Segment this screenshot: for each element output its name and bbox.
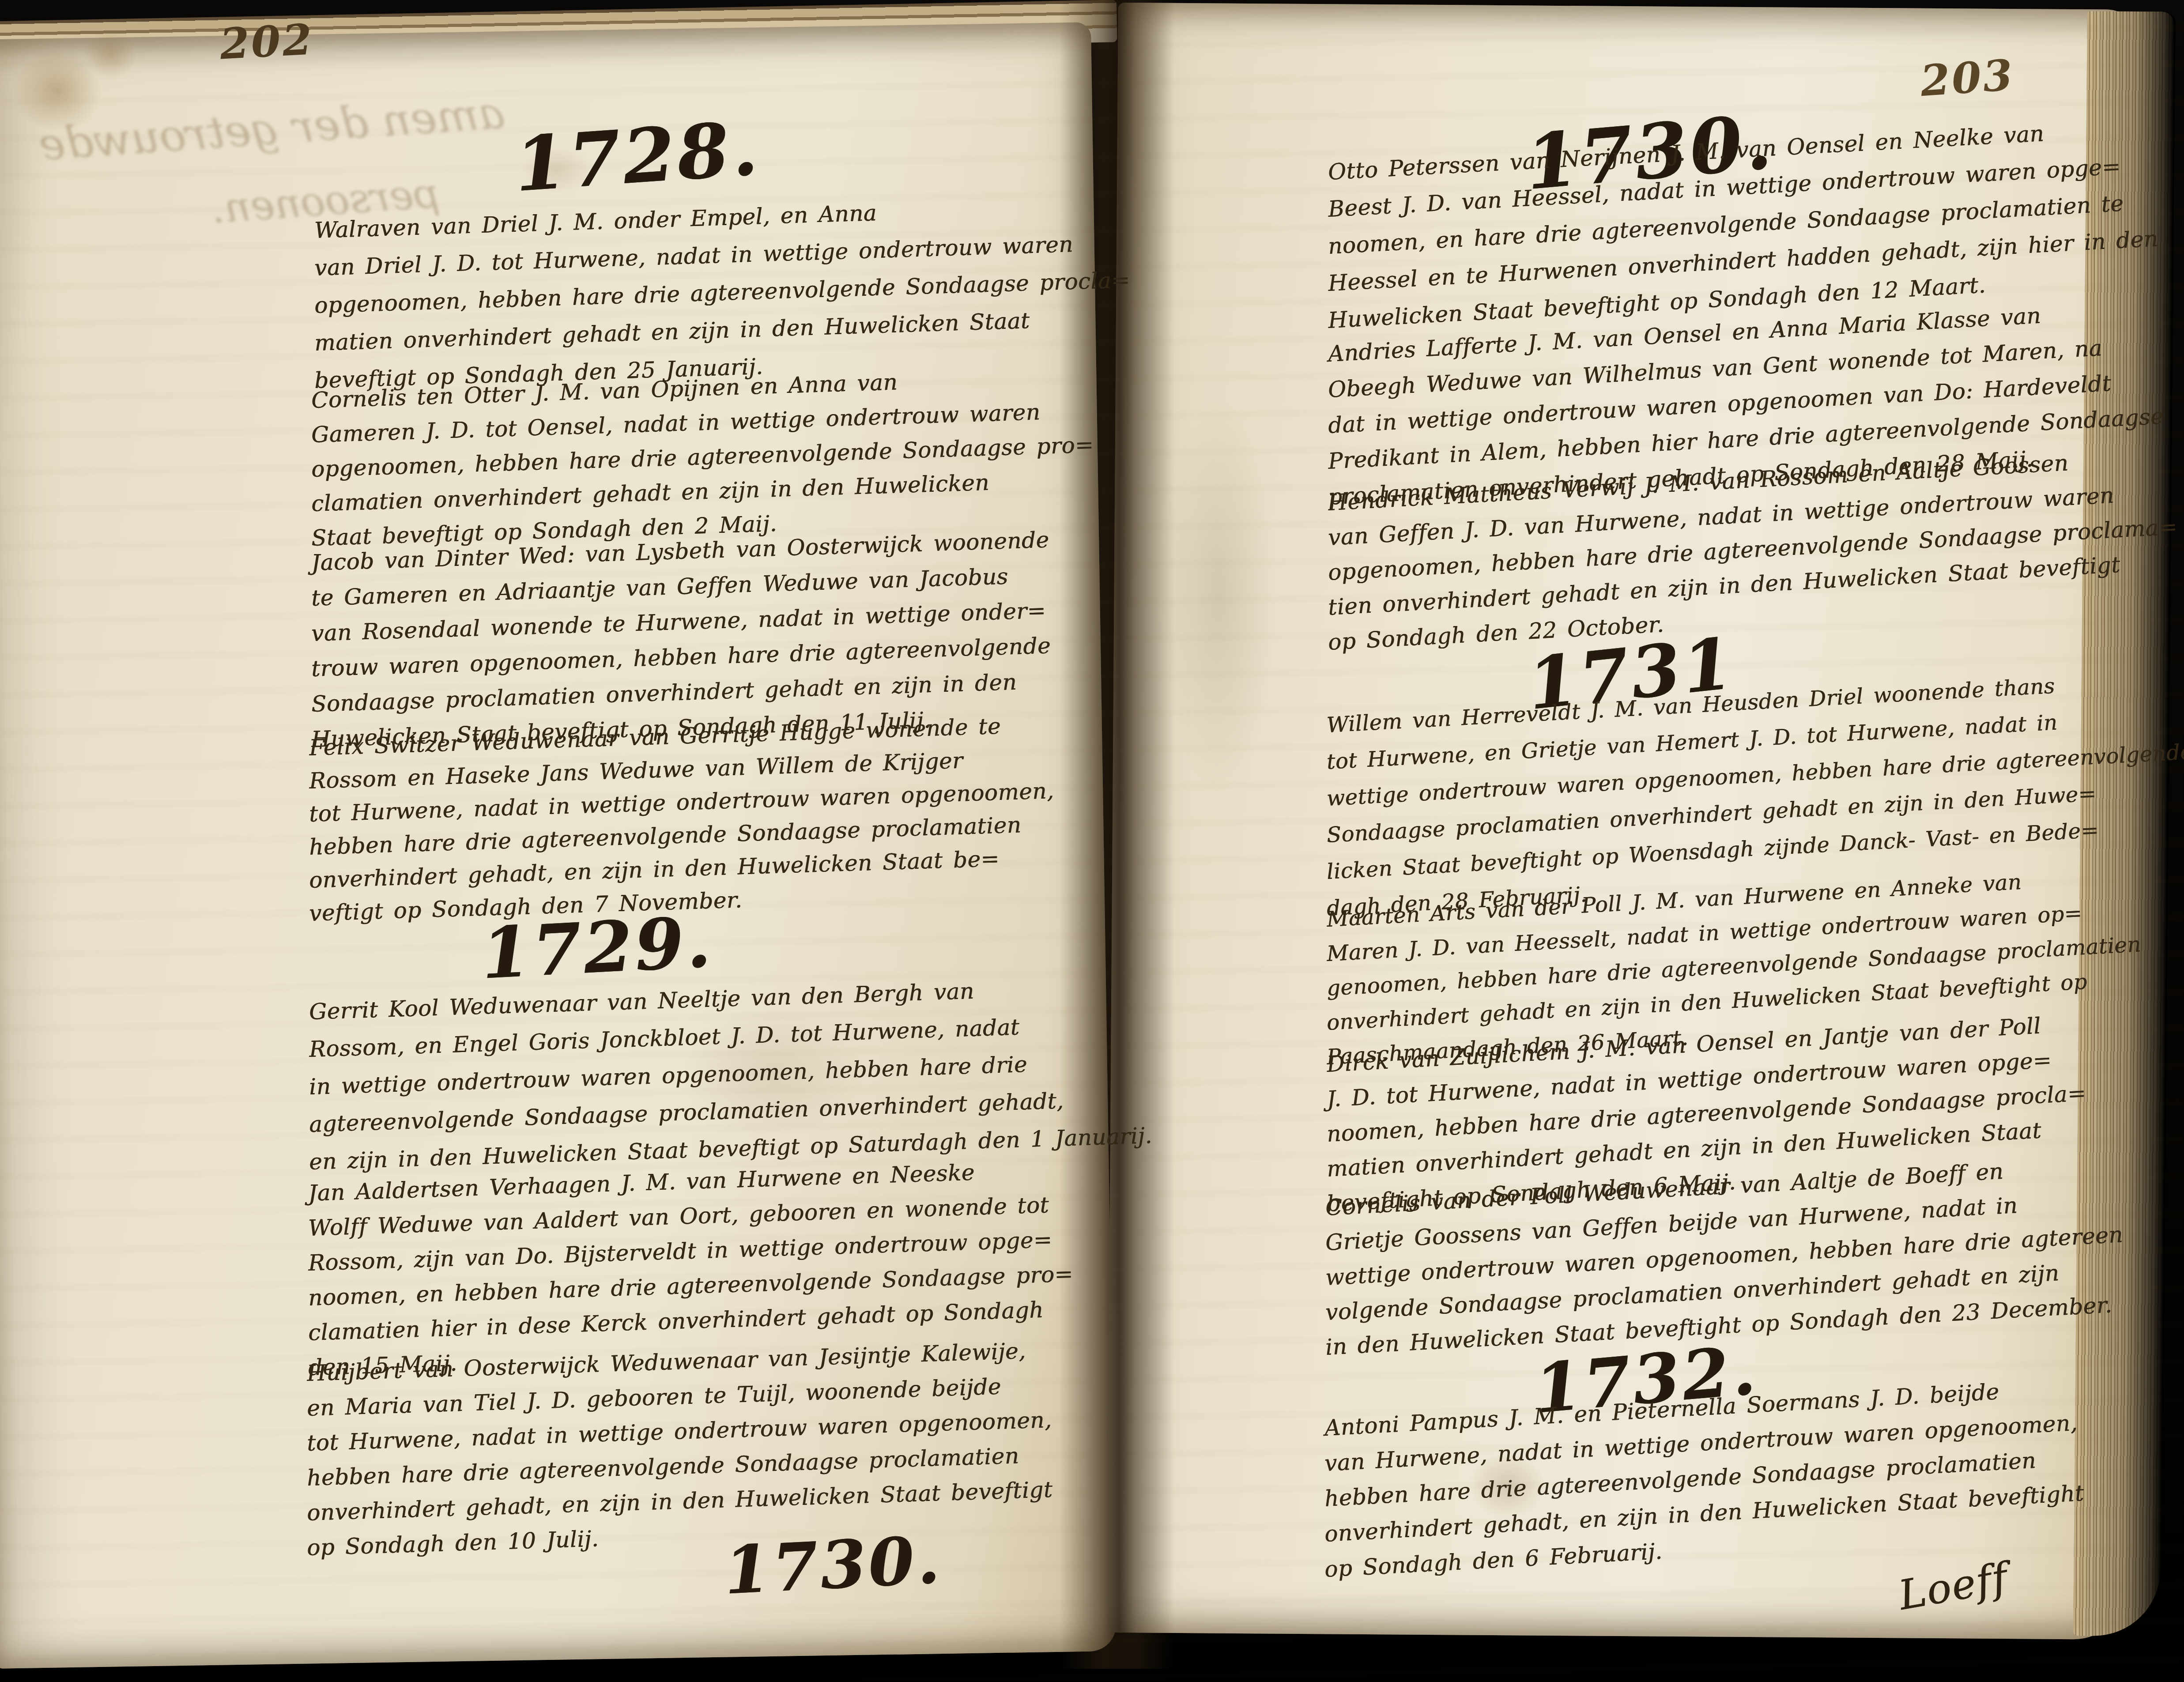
- year-heading-1730-bottom: 1730.: [722, 1521, 944, 1609]
- page-number-right: 203: [1919, 50, 2016, 106]
- marriage-entry: Felix Switzer Weduwenaar van Gerritje Hu…: [309, 732, 1079, 930]
- year-heading-1728: 1728.: [512, 104, 763, 208]
- paper-stain: [1161, 397, 1276, 795]
- year-heading-1729: 1729.: [479, 901, 715, 995]
- page-number-left: 202: [219, 15, 315, 69]
- marriage-entry: Huijbert van Oosterwijck Weduwenaar van …: [307, 1356, 1084, 1565]
- marriage-entry: Gerrit Kool Weduwenaar van Neeltje van d…: [309, 993, 1086, 1181]
- paper-stain: [84, 31, 137, 79]
- manuscript-scan: amen der getrouwde persoonen. 202 1728. …: [0, 0, 2184, 1682]
